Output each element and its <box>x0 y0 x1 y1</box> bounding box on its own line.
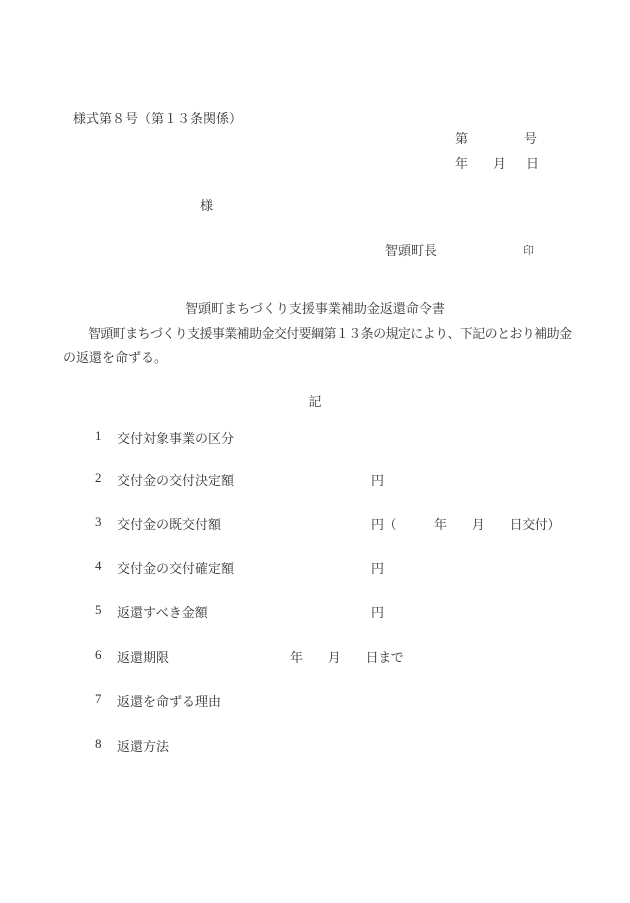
item-label: 返還期限 <box>117 647 169 666</box>
body-paragraph-line1: 智頭町まちづくり支援事業補助金交付要綱第１３条の規定により、下記のとおり補助金 <box>88 326 571 342</box>
item-label: 返還方法 <box>117 736 169 755</box>
addressee-honorific: 様 <box>200 198 213 214</box>
item-number: 7 <box>95 691 102 707</box>
list-item-1: 1 交付対象事業の区分 <box>0 428 630 446</box>
item-label: 交付対象事業の区分 <box>117 428 234 447</box>
item-label: 交付金の既交付額 <box>117 514 221 533</box>
item-value: 円 <box>371 602 384 621</box>
seal-mark: 印 <box>523 245 534 258</box>
item-label: 返還を命ずる理由 <box>117 691 221 710</box>
sender-name: 智頭町長 <box>385 243 437 259</box>
list-item-6: 6 返還期限 年 月 日まで <box>0 647 630 665</box>
doc-number-suffix: 号 <box>524 131 537 147</box>
list-item-8: 8 返還方法 <box>0 736 630 754</box>
list-item-2: 2 交付金の交付決定額 円 <box>0 470 630 488</box>
list-item-7: 7 返還を命ずる理由 <box>0 691 630 709</box>
item-value: 円 <box>371 558 384 577</box>
item-number: 2 <box>95 470 102 486</box>
item-number: 6 <box>95 647 102 663</box>
date-month-label: 月 <box>493 156 506 172</box>
item-value: 年 月 日まで <box>290 647 403 666</box>
body-paragraph-line2: の返還を命ずる。 <box>63 350 167 366</box>
date-year-label: 年 <box>455 156 468 172</box>
list-item-4: 4 交付金の交付確定額 円 <box>0 558 630 576</box>
item-number: 1 <box>95 428 102 444</box>
item-label: 交付金の交付確定額 <box>117 558 234 577</box>
list-item-5: 5 返還すべき金額 円 <box>0 602 630 620</box>
item-number: 3 <box>95 514 102 530</box>
form-number-line: 様式第８号（第１３条関係） <box>73 111 242 127</box>
doc-number-prefix: 第 <box>455 131 468 147</box>
document-page: 様式第８号（第１３条関係） 第 号 年 月 日 様 智頭町長 印 智頭町まちづく… <box>0 0 630 903</box>
document-title: 智頭町まちづくり支援事業補助金返還命令書 <box>0 301 630 317</box>
item-number: 8 <box>95 736 102 752</box>
item-value: 円 <box>371 470 384 489</box>
item-number: 5 <box>95 602 102 618</box>
item-label: 返還すべき金額 <box>117 602 208 621</box>
item-value: 円（ 年 月 日交付） <box>371 514 560 533</box>
list-item-3: 3 交付金の既交付額 円（ 年 月 日交付） <box>0 514 630 532</box>
list-header-ki: 記 <box>0 394 630 410</box>
date-day-label: 日 <box>526 156 539 172</box>
item-label: 交付金の交付決定額 <box>117 470 234 489</box>
item-number: 4 <box>95 558 102 574</box>
